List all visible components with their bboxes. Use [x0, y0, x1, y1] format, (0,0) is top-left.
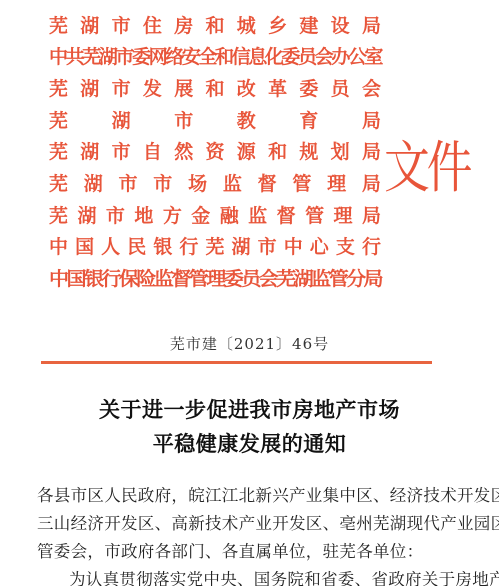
notice-title-line-2: 平稳健康发展的通知 — [0, 428, 499, 458]
issuer-line-natural-resources: 芜湖市自然资源和规划局 — [49, 141, 381, 163]
issuer-line-cbirc-branch: 中国银行保险监督管理委员会芜湖监管分局 — [49, 268, 381, 290]
issuer-line-development-reform: 芜湖市发展和改革委员会 — [49, 78, 381, 100]
issuer-line-market-supervision: 芜湖市市场监督管理局 — [49, 173, 381, 195]
document-type-label: 文件 — [384, 134, 469, 204]
issuer-line-education-bureau: 芜湖市教育局 — [49, 110, 381, 132]
header-divider — [41, 361, 432, 364]
notice-title-line-1: 关于进一步促进我市房地产市场 — [0, 394, 499, 424]
issuer-line-local-finance: 芜湖市地方金融监督管理局 — [49, 205, 381, 227]
issuer-line-housing-bureau: 芜湖市住房和城乡建设局 — [49, 15, 381, 37]
recipient-line-3: 管委会，市政府各部门、各直属单位，驻芜各单位： — [37, 538, 423, 562]
recipient-line-2: 三山经济开发区、高新技术产业开发区、亳州芜湖现代产业园区 — [37, 510, 499, 534]
recipient-line-1: 各县市区人民政府，皖江江北新兴产业集中区、经济技术开发区、 — [37, 482, 499, 506]
document-number: 芜市建〔2021〕46号 — [0, 333, 499, 354]
paragraph-line-1: 为认真贯彻落实党中央、国务院和省委、省政府关于房地产 — [69, 566, 499, 586]
issuer-line-cyberspace-office: 中共芜湖市委网络安全和信息化委员会办公室 — [49, 46, 381, 68]
issuer-line-pboc-branch: 中国人民银行芜湖市中心支行 — [49, 236, 381, 258]
